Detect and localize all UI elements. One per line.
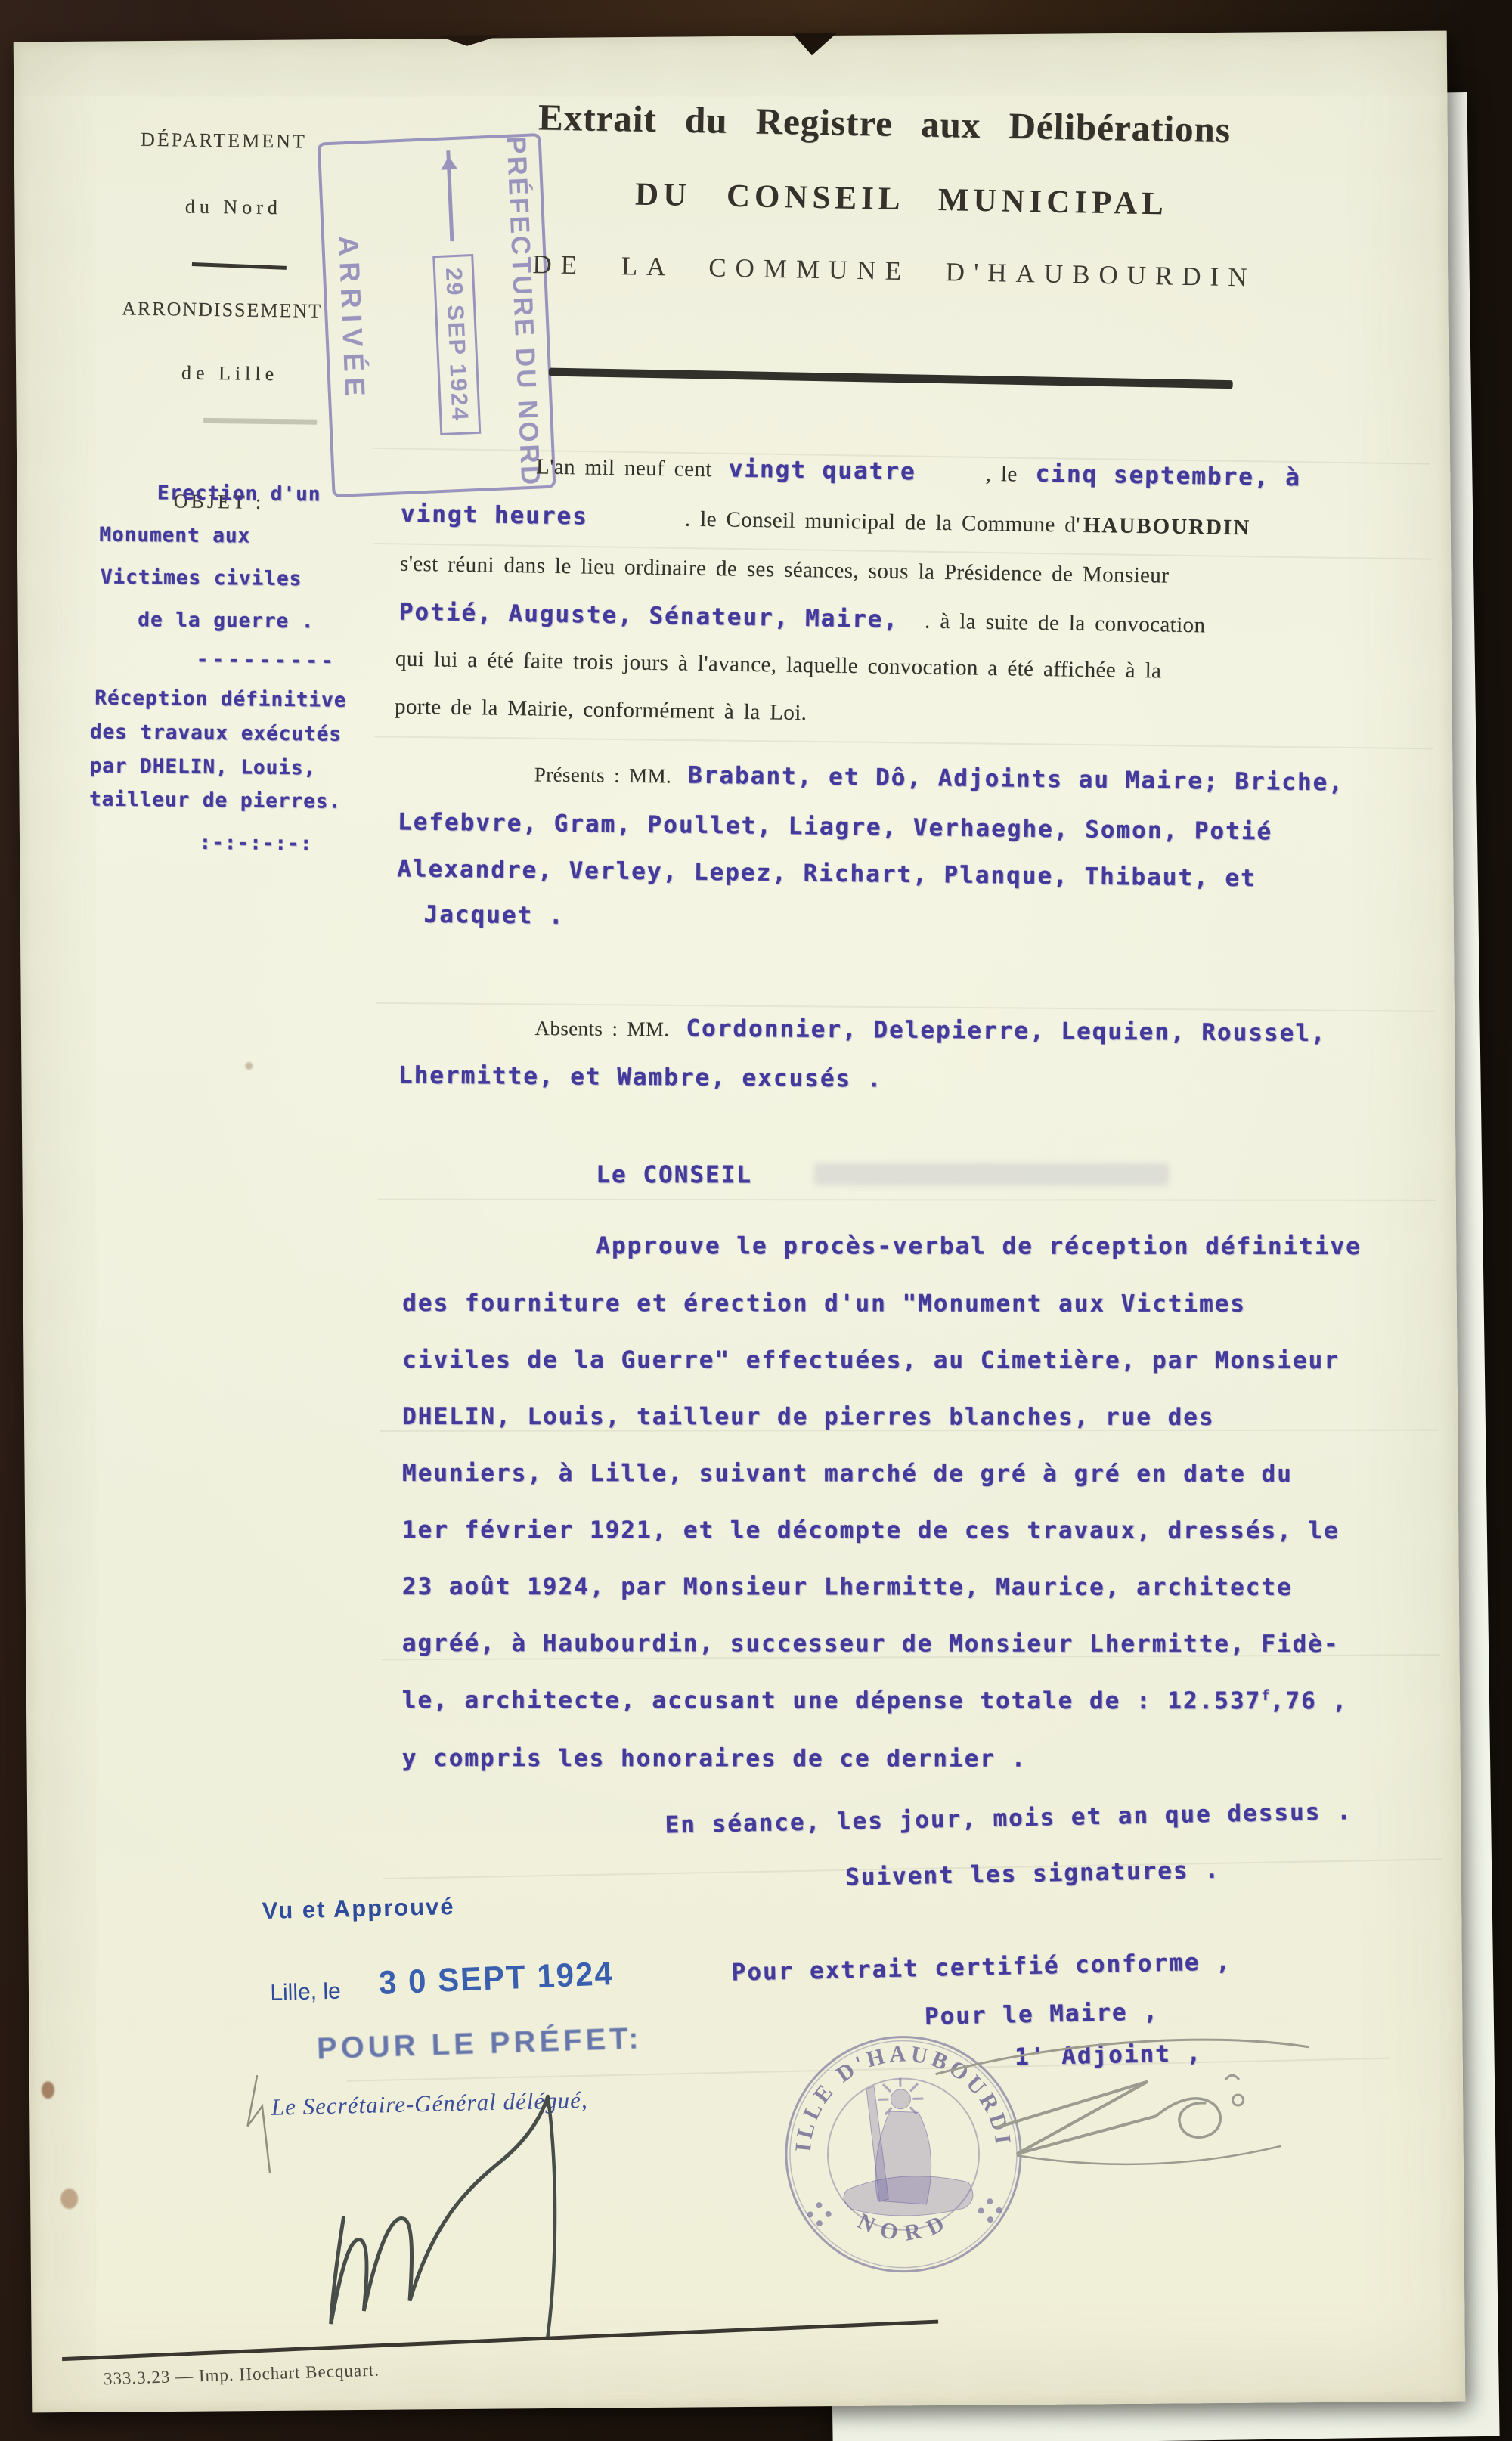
stain <box>245 1062 253 1070</box>
imprint-text: 333.3.23 — Imp. Hochart Becquart. <box>104 2361 380 2390</box>
paper-tear <box>437 35 502 46</box>
stain <box>42 2081 54 2099</box>
footer-rule <box>62 2320 938 2362</box>
paper-tear <box>792 33 838 55</box>
stain <box>60 2189 78 2209</box>
footer-block: 333.3.23 — Imp. Hochart Becquart. <box>0 11 1015 2412</box>
document-page: DÉPARTEMENT du Nord ARRONDISSEMENT de Li… <box>14 31 1466 2413</box>
